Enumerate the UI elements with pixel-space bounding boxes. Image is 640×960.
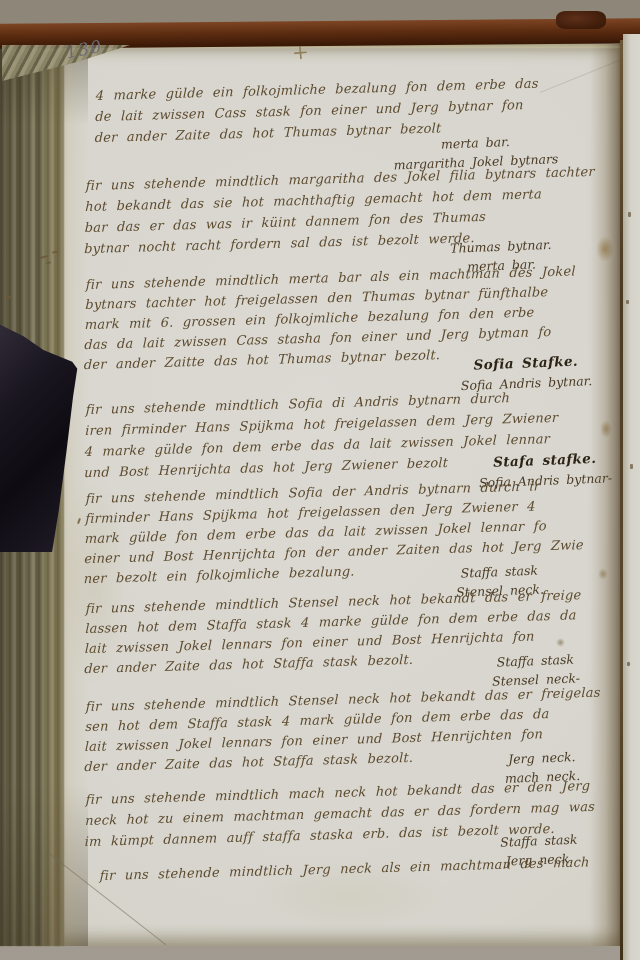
facing-page-ink-speck [628, 212, 631, 217]
facing-page-ink-speck [626, 300, 629, 304]
facing-page-ink-speck [627, 662, 630, 666]
facing-page-ink-speck [630, 464, 633, 469]
manuscript-photo: 130 + 4 marke gülde ein folkojmliche bez… [0, 0, 640, 960]
book-clasp-bump [556, 11, 606, 29]
page-gutter-shadow [590, 44, 624, 946]
invocation-cross: + [291, 39, 310, 64]
facing-page-sliver [623, 34, 640, 960]
stray-ink-mark [6, 296, 12, 299]
